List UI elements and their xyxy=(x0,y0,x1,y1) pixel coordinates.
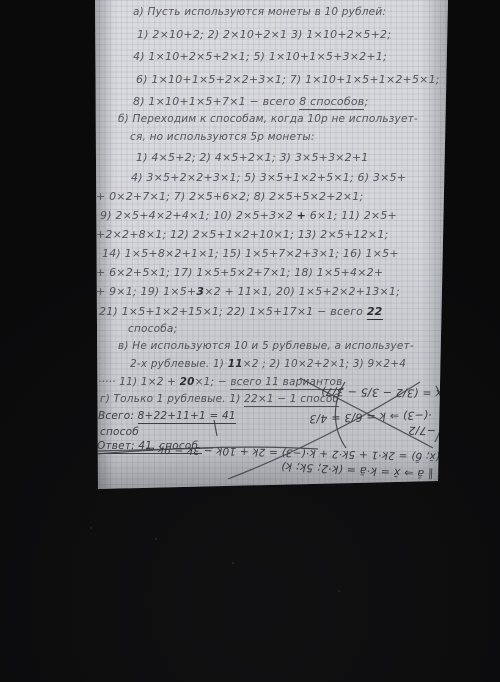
handwriting-line: + 0×2+7×1; 7) 2×5+6×2; 8) 2×5+5×2+2×1; xyxy=(96,190,363,203)
line-segment: ×1; − xyxy=(195,376,231,388)
line-segment: 8) 1×10+1×5+7×1 − всего xyxy=(133,95,299,108)
handwriting-line: 1) 4×5+2; 2) 4×5+2×1; 3) 3×5+3×2+1 xyxy=(136,151,369,164)
handwriting-line: ····· 11) 1×2 + 20×1; − всего 11 вариант… xyxy=(98,376,343,388)
notebook-page: а) Пусть используются монеты в 10 рублей… xyxy=(0,0,500,682)
handwriting-line: г) Только 1 рублевые. 1) 22×1 − 1 способ xyxy=(100,393,339,405)
photo-of-handwritten-notebook-page: а) Пусть используются монеты в 10 рублей… xyxy=(0,0,500,682)
handwriting-line: 2-х рублевые. 1) 11×2 ; 2) 10×2+2×1; 3) … xyxy=(130,358,406,370)
handwriting-line: 6) 1×10+1×5+2×2+3×1; 7) 1×10+1×5+1×2+5×1… xyxy=(136,73,440,86)
inverted-pen-annotation: x = (3/2 − 3/5 − 3/7) xyxy=(330,385,442,400)
dust-speck xyxy=(90,527,92,529)
inverted-pen-annotation: −7/2 xyxy=(406,424,436,438)
handwriting-line: в) Не используются 10 и 5 рублевые, а ис… xyxy=(118,340,414,352)
line-segment: ×2 + 11×1, 20) 1×5+2×2+13×1; xyxy=(204,285,400,298)
handwriting-line: 4) 1×10+2×5+2×1; 5) 1×10+1×5+3×2+1; xyxy=(133,50,387,63)
handwriting-line: 8) 1×10+1×5+7×1 − всего 8 способов; xyxy=(133,95,368,108)
line-segment: 21) 1×5+1×2+15×1; 22) 1×5+17×1 − всего xyxy=(99,305,367,318)
line-segment: Всего: xyxy=(98,410,138,422)
line-segment: 2-х рублевые. 1) xyxy=(130,358,228,370)
handwriting-line: 1) 2×10+2; 2) 2×10+2×1 3) 1×10+2×5+2; xyxy=(137,28,391,41)
line-segment: ×2 ; 2) 10×2+2×1; 3) 9×2+4 xyxy=(243,358,406,370)
handwriting-line: +2×2+8×1; 12) 2×5+1×2+10×1; 13) 2×5+12×1… xyxy=(96,228,388,241)
handwriting-line: 9) 2×5+4×2+4×1; 10) 2×5+3×2 + 6×1; 11) 2… xyxy=(100,209,397,222)
dust-speck xyxy=(232,562,234,564)
handwriting-line: способ xyxy=(100,426,139,438)
line-segment: 6×1; 11) 2×5+ xyxy=(306,209,397,222)
dust-speck xyxy=(155,538,157,540)
line-segment: г) Только 1 рублевые. 1) xyxy=(100,393,244,405)
handwriting-line: + 9×1; 19) 1×5+3×2 + 11×1, 20) 1×5+2×2+1… xyxy=(96,285,400,298)
handwriting-line: б) Переходим к способам, когда 10р не ис… xyxy=(118,113,418,125)
line-segment: + 9×1; 19) 1×5+ xyxy=(96,285,196,298)
line-segment: ····· 11) 1×2 + xyxy=(98,376,180,388)
underlined-total: 8 способов xyxy=(299,95,364,110)
line-segment: 9) 2×5+4×2+4×1; 10) 2×5+3×2 xyxy=(100,209,297,222)
handwriting-line: а) Пусть используются монеты в 10 рублей… xyxy=(133,6,386,18)
handwriting-line: + 6×2+5×1; 17) 1×5+5×2+7×1; 18) 1×5+4×2+ xyxy=(96,266,383,279)
handwriting-line: 4) 3×5+2×2+3×1; 5) 3×5+1×2+5×1; 6) 3×5+ xyxy=(131,171,406,184)
pen-correction: + xyxy=(297,209,306,222)
underlined-total: 22 xyxy=(367,305,383,320)
line-segment: ; xyxy=(364,95,368,108)
handwriting-line: 21) 1×5+1×2+15×1; 22) 1×5+17×1 − всего 2… xyxy=(99,305,383,318)
handwriting-line: 14) 1×5+8×2+1×1; 15) 1×5+7×2+3×1; 16) 1×… xyxy=(102,247,399,260)
pen-correction: 20 xyxy=(180,376,195,388)
grand-total-line: Всего: 8+22+11+1 = 41 xyxy=(98,410,236,422)
pen-correction: 11 xyxy=(228,358,243,370)
dust-speck xyxy=(338,590,340,592)
handwriting-line: ся, но используются 5р монеты: xyxy=(130,131,315,143)
underlined-total: 8+22+11+1 = 41 xyxy=(138,410,236,424)
handwriting-line: способа; xyxy=(128,323,177,335)
